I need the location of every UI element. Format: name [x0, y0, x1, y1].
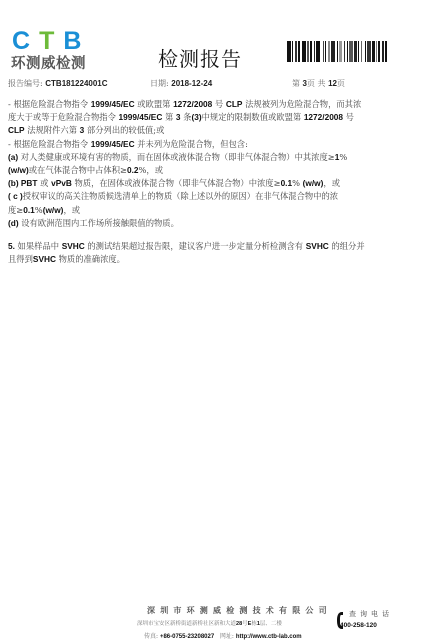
bold-text: (w/w) — [43, 205, 64, 215]
address-text: 深圳市宝安区新桥街道新桥社区新和大道 — [137, 621, 236, 627]
fax-label: 传真: — [144, 633, 158, 640]
page-indicator: 第 3页 共 12页 — [292, 78, 345, 89]
text-segment: 物质，在固体或液体混合物（即非气体混合物）中浓度≥ — [72, 178, 281, 188]
criteria-paragraph: - 根据危险混合物指令 1999/45/EC 或欧盟第 1272/2008 号 … — [8, 98, 423, 230]
text-segment: % — [35, 205, 43, 215]
logo-letter-t: T — [39, 27, 63, 55]
text-segment: % — [292, 178, 303, 188]
page-mid: 页 共 — [307, 79, 326, 88]
website-link[interactable]: http://www.ctb-lab.com — [236, 634, 302, 640]
text-line: (a) 对人类健康或环境有害的物质，而在固体或液体混合物（即非气体混合物）中其浓… — [8, 151, 423, 164]
text-segment: %，或 — [139, 165, 163, 175]
footer-address: 深圳市宝安区新桥街道新桥社区新和大道28号E栋1层、二楼 — [137, 619, 282, 627]
hotline-label: 查询电话 — [349, 609, 393, 619]
text-segment: 第 — [162, 112, 176, 122]
fax-number: +86-0755-23208027 — [160, 634, 214, 640]
bold-text: 1999/45/EC — [91, 99, 135, 109]
bold-text: 1999/45/EC — [119, 112, 163, 122]
text-line: 度≥0.1%(w/w)，或 — [8, 204, 423, 217]
bold-text: SVHC — [62, 241, 85, 251]
company-logo: CTB — [12, 29, 90, 54]
bold-text: 0.1 — [23, 205, 35, 215]
address-post: 层、二楼 — [260, 621, 282, 627]
page-suffix: 页 — [337, 79, 345, 88]
text-segment: % — [339, 152, 347, 162]
bold-text: CLP — [226, 99, 243, 109]
bold-text: SVHC — [33, 254, 56, 264]
text-segment: 号 — [343, 112, 354, 122]
footer-company-name: 深圳市环测威检测技术有限公司 — [147, 605, 332, 616]
bold-text: 0.1 — [281, 178, 293, 188]
report-body: - 根据危险混合物指令 1999/45/EC 或欧盟第 1272/2008 号 … — [8, 98, 423, 266]
text-segment: 度大于或等于危险混合物指令 — [8, 112, 119, 122]
bold-text: (w/w) — [8, 165, 29, 175]
text-segment: ，或 — [63, 205, 80, 215]
text-segment: 并未列为危险混合物，但包含: — [135, 139, 248, 149]
bold-text: vPvB — [51, 178, 72, 188]
page-prefix: 第 — [292, 79, 300, 88]
report-number: 报告编号: CTB181224001C — [8, 78, 108, 89]
report-number-value: CTB181224001C — [45, 79, 107, 88]
text-segment: 度≥ — [8, 205, 23, 215]
text-line: (d) 设有欧洲范围内工作场所接触限值的物质。 — [8, 217, 423, 230]
text-line: (w/w)或在气体混合物中占体积≥0.2%，或 — [8, 164, 423, 177]
barcode-bar — [385, 41, 388, 62]
text-line: ( c )授权审议的高关注物质候选清单上的物质（除上述以外的原因）在非气体混合物… — [8, 190, 423, 203]
page-title: 检测报告 — [158, 43, 242, 72]
text-line: - 根据危险混合物指令 1999/45/EC 并未列为危险混合物，但包含: — [8, 138, 423, 151]
text-segment: 法规被列为危险混合物，而其浓 — [242, 99, 361, 109]
bold-text: (a) — [8, 152, 18, 162]
report-date-label: 日期: — [150, 79, 169, 88]
bold-text: 1272/2008 — [304, 112, 343, 122]
website-label: 网址: — [220, 633, 234, 640]
bold-text: 5. — [8, 241, 15, 251]
text-segment: 物质的准确浓度。 — [56, 254, 125, 264]
text-line: 且得到SVHC 物质的准确浓度。 — [8, 253, 423, 266]
barcode-image — [287, 41, 388, 62]
text-segment: - 根据危险混合物指令 — [8, 99, 91, 109]
bold-text: ( c ) — [8, 191, 23, 201]
bold-text: (b) PBT — [8, 178, 38, 188]
text-segment: 或 — [38, 178, 52, 188]
text-segment: 如果样品中 — [15, 241, 62, 251]
text-segment: 条 — [181, 112, 192, 122]
text-segment: 且得到 — [8, 254, 33, 264]
hotline-number: 400-258-120 — [340, 622, 377, 629]
text-segment: 设有欧洲范围内工作场所接触限值的物质。 — [19, 218, 179, 228]
text-segment: 或在气体混合物中占体积≥ — [29, 165, 127, 175]
logo-letter-c: C — [12, 27, 39, 55]
report-date-value: 2018-12-24 — [171, 79, 212, 88]
text-segment: 法规附件六第 — [25, 125, 80, 135]
text-segment: 中规定的限制数值或欧盟第 — [202, 112, 304, 122]
report-number-label: 报告编号: — [8, 79, 43, 88]
bold-text: (3) — [191, 112, 201, 122]
bold-text: 1272/2008 — [173, 99, 212, 109]
bold-text: SVHC — [306, 241, 329, 251]
svhc-note-paragraph: 5. 如果样品中 SVHC 的测试结果超过报告限，建议客户进一步定量分析检测含有… — [8, 240, 423, 266]
bold-text: 0.2 — [127, 165, 139, 175]
bold-text: (w/w) — [303, 178, 324, 188]
page-total: 12 — [328, 79, 337, 88]
text-line: 度大于或等于危险混合物指令 1999/45/EC 第 3 条(3)中规定的限制数… — [8, 111, 423, 124]
text-line: CLP 法规附件六第 3 部分列出的较低值;或 — [8, 124, 423, 137]
text-segment: 对人类健康或环境有害的物质，而在固体或液体混合物（即非气体混合物）中其浓度≥ — [18, 152, 335, 162]
text-segment: 的测试结果超过报告限，建议客户进一步定量分析检测含有 — [85, 241, 306, 251]
bold-text: (d) — [8, 218, 19, 228]
logo-chinese-name: 环测威检测 — [11, 52, 86, 73]
text-segment: 部分列出的较低值;或 — [84, 125, 164, 135]
logo-letter-b: B — [63, 27, 90, 55]
bold-text: CLP — [8, 125, 25, 135]
text-segment: 号 — [212, 99, 226, 109]
text-line: 5. 如果样品中 SVHC 的测试结果超过报告限，建议客户进一步定量分析检测含有… — [8, 240, 423, 253]
text-segment: 或欧盟第 — [135, 99, 173, 109]
text-segment: 的组分并 — [329, 241, 365, 251]
report-date: 日期: 2018-12-24 — [150, 78, 212, 89]
text-line: (b) PBT 或 vPvB 物质，在固体或液体混合物（即非气体混合物）中浓度≥… — [8, 177, 423, 190]
footer-contact: 传真: +86-0755-23208027 网址: http://www.ctb… — [144, 631, 302, 640]
text-segment: 授权审议的高关注物质候选清单上的物质（除上述以外的原因）在非气体混合物中的浓 — [23, 191, 338, 201]
text-segment: ，或 — [323, 178, 340, 188]
text-line: - 根据危险混合物指令 1999/45/EC 或欧盟第 1272/2008 号 … — [8, 98, 423, 111]
text-segment: - 根据危险混合物指令 — [8, 139, 91, 149]
bold-text: 1999/45/EC — [91, 139, 135, 149]
